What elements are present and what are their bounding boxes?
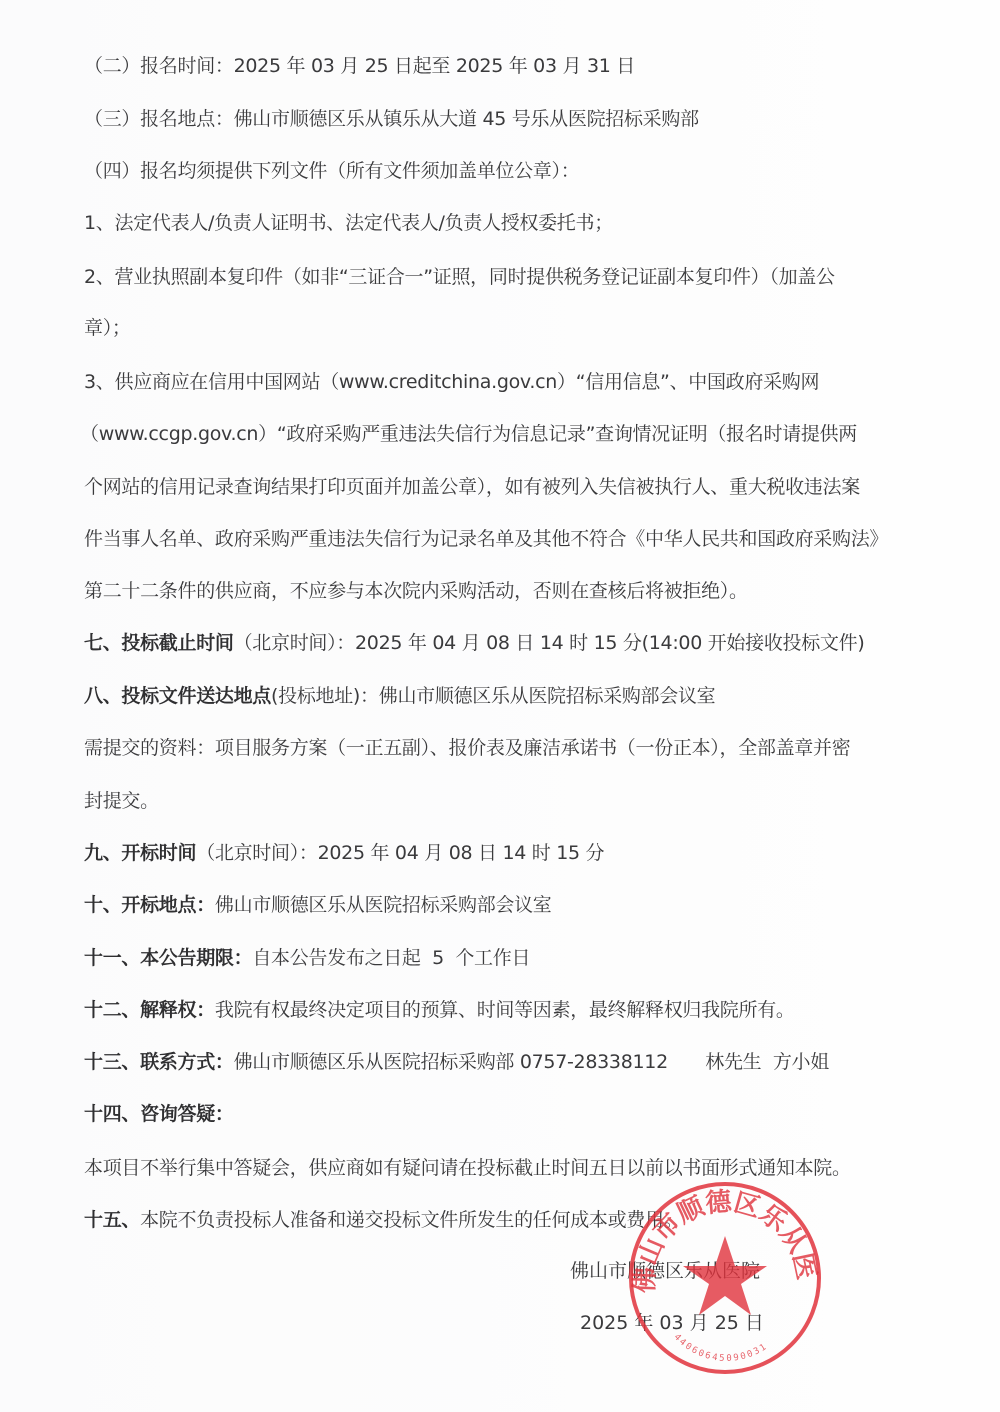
section-15-value: 本院不负责投标人准备和递交投标文件所发生的任何成本或费用。 [140, 1209, 682, 1231]
section-14-value: 本项目不举行集中答疑会，供应商如有疑问请在投标截止时间五日以前以书面形式通知本院… [84, 1155, 851, 1181]
required-doc-3-line-1: 3、供应商应在信用中国网站（www.creditchina.gov.cn）“信用… [84, 369, 819, 395]
required-doc-3-line-3: 个网站的信用记录查询结果打印页面并加盖公章），如有被列入失信被执行人、重大税收违… [84, 474, 860, 500]
section-9-opening-time: 九、开标时间（北京时间）：2025 年 04 月 08 日 14 时 15 分 [84, 840, 604, 866]
registration-docs-intro: （四）报名均须提供下列文件（所有文件须加盖单位公章）： [84, 158, 579, 184]
registration-place-value: 佛山市顺德区乐从镇乐从大道 45 号乐从医院招标采购部 [234, 108, 699, 130]
section-11-value: 自本公告发布之日起 5 个工作日 [252, 947, 530, 969]
section-9-value: （北京时间）：2025 年 04 月 08 日 14 时 15 分 [196, 842, 604, 864]
section-14-heading: 十四、咨询答疑： [84, 1103, 234, 1125]
section-7-label: 七、投标截止时间 [84, 632, 234, 654]
required-doc-2-line-2: 章）； [84, 315, 131, 341]
section-11-notice-period: 十一、本公告期限：自本公告发布之日起 5 个工作日 [84, 945, 530, 971]
section-7-value: （北京时间）：2025 年 04 月 08 日 14 时 15 分(14:00 … [234, 632, 865, 654]
registration-time: （二）报名时间：2025 年 03 月 25 日起至 2025 年 03 月 3… [84, 53, 635, 79]
document-page: （二）报名时间：2025 年 03 月 25 日起至 2025 年 03 月 3… [0, 0, 1000, 1412]
required-doc-1: 1、法定代表人/负责人证明书、法定代表人/负责人授权委托书； [84, 210, 613, 236]
section-15-label: 十五、 [84, 1209, 140, 1231]
registration-time-value: 2025 年 03 月 25 日起至 2025 年 03 月 31 日 [234, 55, 635, 77]
section-8-materials-line-2: 封提交。 [84, 788, 159, 814]
section-9-label: 九、开标时间 [84, 842, 196, 864]
section-8-value: (投标地址)：佛山市顺德区乐从医院招标采购部会议室 [271, 685, 715, 707]
section-11-label: 十一、本公告期限： [84, 947, 252, 969]
section-13-contact: 十三、联系方式：佛山市顺德区乐从医院招标采购部 0757-28338112 林先… [84, 1049, 829, 1075]
registration-time-label: （二）报名时间： [84, 55, 234, 77]
section-14-label: 十四、咨询答疑： [84, 1101, 234, 1127]
section-12-value: 我院有权最终决定项目的预算、时间等因素，最终解释权归我院所有。 [215, 999, 795, 1021]
section-7-bid-deadline: 七、投标截止时间（北京时间）：2025 年 04 月 08 日 14 时 15 … [84, 630, 864, 656]
required-doc-3-line-5: 第二十二条件的供应商，不应参与本次院内采购活动，否则在查核后将被拒绝）。 [84, 578, 748, 604]
section-8-delivery-place: 八、投标文件送达地点(投标地址)：佛山市顺德区乐从医院招标采购部会议室 [84, 683, 715, 709]
required-doc-3-line-2: （www.ccgp.gov.cn）“政府采购严重违法失信行为信息记录”查询情况证… [80, 421, 857, 447]
section-8-materials-line-1: 需提交的资料：项目服务方案（一正五副）、报价表及廉洁承诺书（一份正本），全部盖章… [84, 735, 850, 761]
required-doc-2-line-1: 2、营业执照副本复印件（如非“三证合一”证照，同时提供税务登记证副本复印件）（加… [84, 264, 835, 290]
registration-place: （三）报名地点：佛山市顺德区乐从镇乐从大道 45 号乐从医院招标采购部 [84, 106, 699, 132]
registration-place-label: （三）报名地点： [84, 108, 234, 130]
signature-date: 2025 年 03 月 25 日 [580, 1310, 764, 1336]
section-12-interpretation: 十二、解释权：我院有权最终决定项目的预算、时间等因素，最终解释权归我院所有。 [84, 997, 795, 1023]
required-doc-3-line-4: 件当事人名单、政府采购严重违法失信行为记录名单及其他不符合《中华人民共和国政府采… [84, 526, 888, 552]
section-8-label: 八、投标文件送达地点 [84, 685, 271, 707]
section-15-disclaimer: 十五、本院不负责投标人准备和递交投标文件所发生的任何成本或费用。 [84, 1207, 682, 1233]
section-10-opening-place: 十、开标地点：佛山市顺德区乐从医院招标采购部会议室 [84, 892, 552, 918]
section-12-label: 十二、解释权： [84, 999, 215, 1021]
section-10-value: 佛山市顺德区乐从医院招标采购部会议室 [215, 894, 552, 916]
signature-organization: 佛山市顺德区乐从医院 [570, 1258, 760, 1284]
section-13-value: 佛山市顺德区乐从医院招标采购部 0757-28338112 林先生 方小姐 [234, 1051, 829, 1073]
section-10-label: 十、开标地点： [84, 894, 215, 916]
svg-text:44060645090031: 44060645090031 [672, 1332, 770, 1364]
section-13-label: 十三、联系方式： [84, 1051, 234, 1073]
